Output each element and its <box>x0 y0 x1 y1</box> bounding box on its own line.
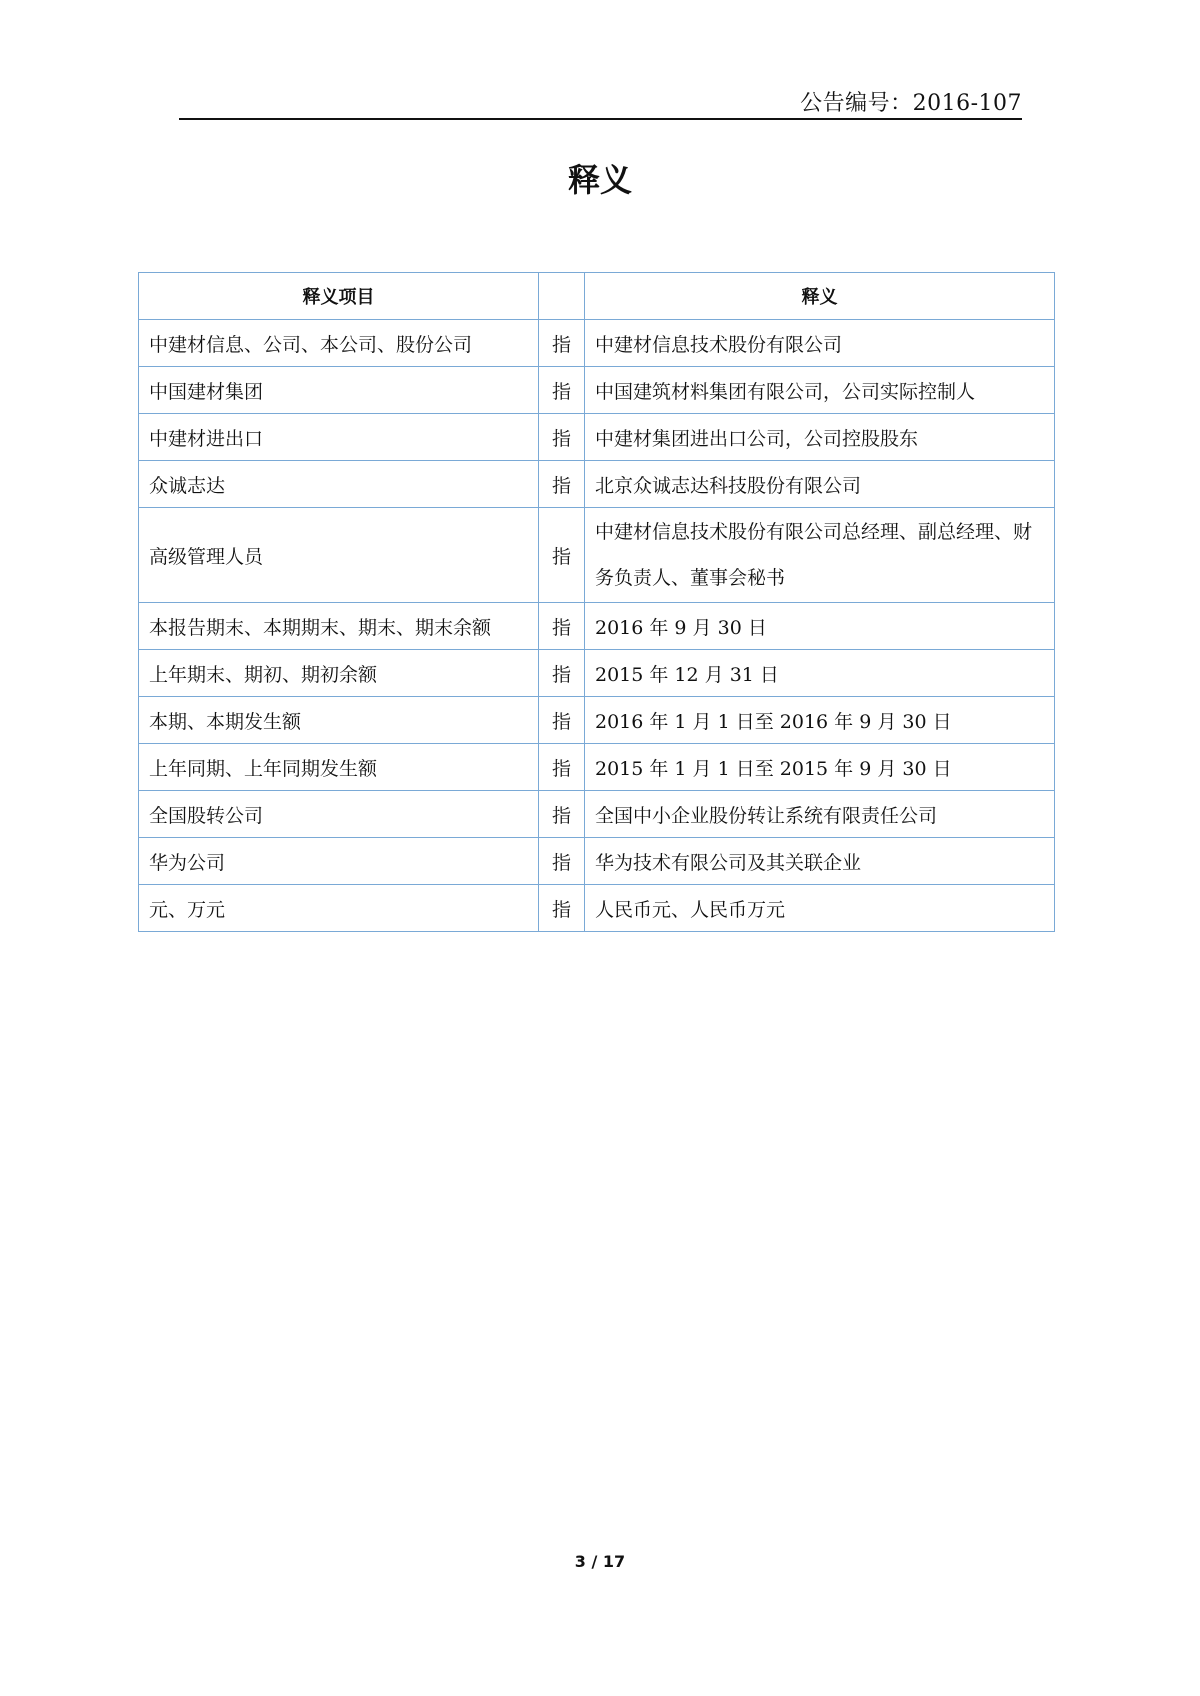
term-cell: 华为公司 <box>139 838 539 885</box>
definition-cell: 中建材信息技术股份有限公司 <box>585 320 1055 367</box>
table-row: 众诚志达 指 北京众诚志达科技股份有限公司 <box>139 461 1055 508</box>
term-cell: 中建材进出口 <box>139 414 539 461</box>
table-row: 本报告期末、本期期末、期末、期末余额 指 2016 年 9 月 30 日 <box>139 603 1055 650</box>
table-row: 本期、本期发生额 指 2016 年 1 月 1 日至 2016 年 9 月 30… <box>139 697 1055 744</box>
table-header-row: 释义项目 释义 <box>139 273 1055 320</box>
ref-cell: 指 <box>539 650 585 697</box>
definition-cell: 2015 年 1 月 1 日至 2015 年 9 月 30 日 <box>585 744 1055 791</box>
term-cell: 本报告期末、本期期末、期末、期末余额 <box>139 603 539 650</box>
ref-cell: 指 <box>539 603 585 650</box>
ref-cell: 指 <box>539 461 585 508</box>
ref-cell: 指 <box>539 367 585 414</box>
definition-cell: 中建材信息技术股份有限公司总经理、副总经理、财务负责人、董事会秘书 <box>585 508 1055 603</box>
page-title: 释义 <box>0 155 1200 201</box>
ref-cell: 指 <box>539 885 585 932</box>
ref-cell: 指 <box>539 697 585 744</box>
term-cell: 众诚志达 <box>139 461 539 508</box>
term-cell: 上年期末、期初、期初余额 <box>139 650 539 697</box>
term-cell: 上年同期、上年同期发生额 <box>139 744 539 791</box>
term-cell: 本期、本期发生额 <box>139 697 539 744</box>
ref-cell: 指 <box>539 791 585 838</box>
column-header-ref <box>539 273 585 320</box>
table-row: 上年同期、上年同期发生额 指 2015 年 1 月 1 日至 2015 年 9 … <box>139 744 1055 791</box>
page-number: 3 / 17 <box>0 1552 1200 1571</box>
announcement-number: 公告编号：2016-107 <box>800 86 1022 117</box>
definition-cell: 华为技术有限公司及其关联企业 <box>585 838 1055 885</box>
column-header-term: 释义项目 <box>139 273 539 320</box>
ref-cell: 指 <box>539 320 585 367</box>
term-cell: 元、万元 <box>139 885 539 932</box>
term-cell: 全国股转公司 <box>139 791 539 838</box>
term-cell: 中国建材集团 <box>139 367 539 414</box>
column-header-definition: 释义 <box>585 273 1055 320</box>
table-row: 中建材进出口 指 中建材集团进出口公司，公司控股股东 <box>139 414 1055 461</box>
table-row: 华为公司 指 华为技术有限公司及其关联企业 <box>139 838 1055 885</box>
definition-cell: 中建材集团进出口公司，公司控股股东 <box>585 414 1055 461</box>
definition-cell: 中国建筑材料集团有限公司，公司实际控制人 <box>585 367 1055 414</box>
header-divider <box>179 118 1022 120</box>
table-row: 元、万元 指 人民币元、人民币万元 <box>139 885 1055 932</box>
table-row: 全国股转公司 指 全国中小企业股份转让系统有限责任公司 <box>139 791 1055 838</box>
term-cell: 中建材信息、公司、本公司、股份公司 <box>139 320 539 367</box>
definition-cell: 2016 年 1 月 1 日至 2016 年 9 月 30 日 <box>585 697 1055 744</box>
table-row: 中建材信息、公司、本公司、股份公司 指 中建材信息技术股份有限公司 <box>139 320 1055 367</box>
definition-cell: 人民币元、人民币万元 <box>585 885 1055 932</box>
ref-cell: 指 <box>539 508 585 603</box>
term-cell: 高级管理人员 <box>139 508 539 603</box>
ref-cell: 指 <box>539 838 585 885</box>
table-row: 中国建材集团 指 中国建筑材料集团有限公司，公司实际控制人 <box>139 367 1055 414</box>
ref-cell: 指 <box>539 744 585 791</box>
definitions-table: 释义项目 释义 中建材信息、公司、本公司、股份公司 指 中建材信息技术股份有限公… <box>138 272 1055 932</box>
definition-cell: 2016 年 9 月 30 日 <box>585 603 1055 650</box>
table-row: 上年期末、期初、期初余额 指 2015 年 12 月 31 日 <box>139 650 1055 697</box>
definition-cell: 2015 年 12 月 31 日 <box>585 650 1055 697</box>
definition-cell: 北京众诚志达科技股份有限公司 <box>585 461 1055 508</box>
table-row: 高级管理人员 指 中建材信息技术股份有限公司总经理、副总经理、财务负责人、董事会… <box>139 508 1055 603</box>
ref-cell: 指 <box>539 414 585 461</box>
definition-cell: 全国中小企业股份转让系统有限责任公司 <box>585 791 1055 838</box>
